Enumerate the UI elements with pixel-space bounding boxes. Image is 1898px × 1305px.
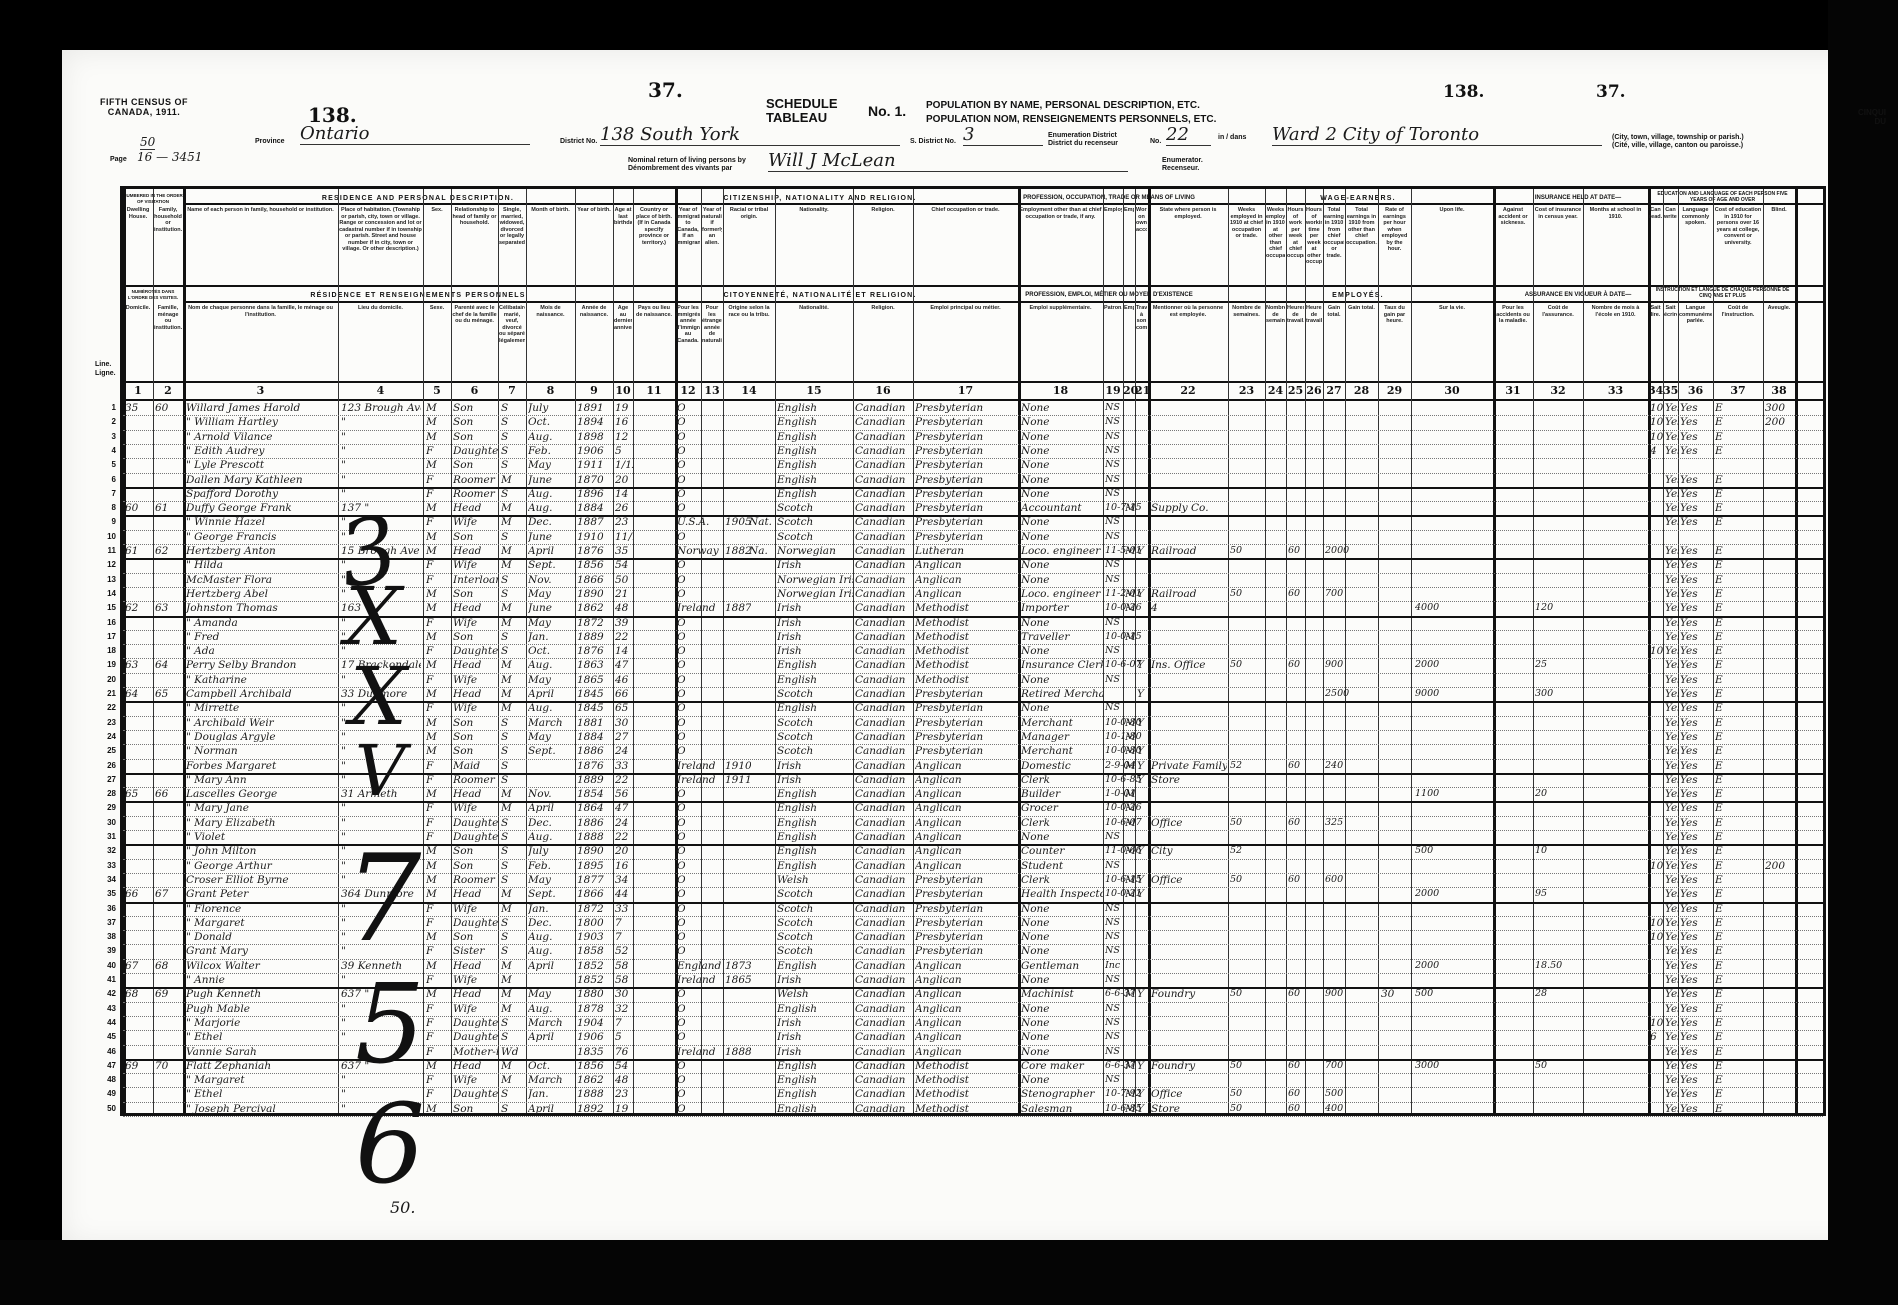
cell-c18: NS <box>1105 1003 1179 1015</box>
cell-occupation: None <box>1021 445 1103 457</box>
cell-rel: Son <box>453 931 498 943</box>
cell-rel: Daughter <box>453 831 498 843</box>
cell-age: 16 <box>615 860 633 872</box>
cell-name: " William Hartley <box>186 416 336 428</box>
cell-marital: S <box>501 445 525 457</box>
cell-religion: Methodist <box>915 631 1015 643</box>
cell-month: March <box>528 717 574 729</box>
cell-edu-cost: 200 <box>1765 860 1795 872</box>
cell-age: 23 <box>615 1088 633 1100</box>
cell-month: Aug. <box>528 659 574 671</box>
cell-month: Nov. <box>528 788 574 800</box>
cell-c20: Y <box>1137 888 1147 900</box>
census-row: " Arnold Vilance"MSonSAug.189812OEnglish… <box>123 430 1823 444</box>
cell-name: Flatt Zephaniah <box>186 1060 336 1072</box>
line-number: 15 <box>98 603 116 612</box>
cell-month: Jan. <box>528 903 574 915</box>
cell-religion: Methodist <box>915 1088 1015 1100</box>
cell-rel: Wife <box>453 1074 498 1086</box>
column-number: 11 <box>633 384 675 397</box>
cell-rel: Daughter <box>453 1017 498 1029</box>
cell-c20: Y <box>1137 545 1147 557</box>
cell-birthplace: O <box>677 931 725 943</box>
cell-religion: Anglican <box>915 588 1015 600</box>
column-header-en: Chief occupation or trade. <box>914 207 1017 283</box>
cell-occupation: None <box>1021 1003 1103 1015</box>
page-number-right-1: 138. <box>1443 82 1484 102</box>
cell-read: Yes <box>1665 688 1679 700</box>
cell-read: Yes <box>1665 574 1679 586</box>
cell-rel: Son <box>453 631 498 643</box>
cell-religion: Presbyterian <box>915 402 1015 414</box>
cell-hours: 60 <box>1288 545 1306 557</box>
cell-c20: Y <box>1137 774 1147 786</box>
cell-year: 1886 <box>577 745 613 757</box>
cell-nationality: Canadian <box>855 516 913 528</box>
cell-weeks: 52 <box>1230 845 1264 857</box>
cell-lang: E <box>1715 416 1761 428</box>
cell-write: Yes <box>1680 702 1710 714</box>
cell-earnings: 2500 <box>1325 688 1365 700</box>
column-header-fr: Heures de travail. <box>1306 305 1322 381</box>
column-number: 36 <box>1678 384 1713 397</box>
cell-lang: E <box>1715 874 1761 886</box>
schedule-description: POPULATION BY NAME, PERSONAL DESCRIPTION… <box>926 99 1216 127</box>
cell-age: 54 <box>615 1060 633 1072</box>
line-number: 27 <box>98 775 116 784</box>
cell-read: Yes <box>1665 860 1679 872</box>
cell-religion: Presbyterian <box>915 874 1015 886</box>
cell-origin: English <box>777 459 853 471</box>
cell-religion: Methodist <box>915 602 1015 614</box>
column-header-fr: Gain total. <box>1324 305 1344 381</box>
cell-occupation: Insurance Clerk <box>1021 659 1103 671</box>
cell-read: Yes <box>1665 402 1679 414</box>
cell-read: Yes <box>1665 845 1679 857</box>
cell-birthplace: O <box>677 802 725 814</box>
cell-nationality: Canadian <box>855 931 913 943</box>
cell-edu-cost: 200 <box>1765 416 1795 428</box>
column-header-fr: Travaillant à son compte. <box>1136 305 1147 381</box>
cell-name: Spafford Dorothy <box>186 488 336 500</box>
column-header-en: Year of naturalization, if formerly an a… <box>702 207 722 283</box>
cell-month: April <box>528 688 574 700</box>
cell-read: Yes <box>1665 631 1679 643</box>
cell-read: Yes <box>1665 1060 1679 1072</box>
cell-nationality: Canadian <box>855 1074 913 1086</box>
cell-rel: Sister <box>453 945 498 957</box>
cell-religion: Presbyterian <box>915 717 1015 729</box>
cell-lang: E <box>1715 1074 1761 1086</box>
line-number: 12 <box>98 560 116 569</box>
cell-occupation: None <box>1021 674 1103 686</box>
cell-rel: Wife <box>453 559 498 571</box>
cell-religion: Anglican <box>915 1031 1015 1043</box>
cell-origin: Irish <box>777 1017 853 1029</box>
cell-year: 1904 <box>577 1017 613 1029</box>
cell-birthplace: O <box>677 1074 725 1086</box>
cell-read: Yes <box>1665 831 1679 843</box>
column-number: 18 <box>1018 384 1103 397</box>
line-number: 1 <box>98 403 116 412</box>
cell-address: " <box>341 416 421 428</box>
cell-marital: S <box>501 531 525 543</box>
line-number: 16 <box>98 618 116 627</box>
cell-origin: Norwegian Irish <box>777 588 853 600</box>
column-number: 5 <box>423 384 451 397</box>
cell-employed-at: Private Family <box>1151 760 1227 772</box>
cell-immig: 1910 <box>725 760 751 772</box>
section-wage-en: WAGE-EARNERS. <box>1223 195 1493 202</box>
cell-year: 1866 <box>577 888 613 900</box>
cell-lang: E <box>1715 474 1761 486</box>
cell-c19: M <box>1125 1088 1135 1100</box>
cell-earnings: 325 <box>1325 817 1365 829</box>
cell-address: " <box>341 431 421 443</box>
cell-marital: S <box>501 945 525 957</box>
cell-year: 1887 <box>577 516 613 528</box>
cell-month: Aug. <box>528 488 574 500</box>
cell-month: Dec. <box>528 917 574 929</box>
cell-nationality: Canadian <box>855 774 913 786</box>
cell-rel: Son <box>453 531 498 543</box>
line-number: 50 <box>98 1104 116 1113</box>
column-header-fr: Pays ou lieu de naissance. <box>634 305 674 381</box>
cell-year: 1852 <box>577 960 613 972</box>
cell-school-months: 10 <box>1650 917 1664 929</box>
section-residence-fr: RÉSIDENCE ET RENSEIGNEMENTS PERSONNELS <box>183 292 653 299</box>
cell-marital: S <box>501 745 525 757</box>
column-header-en: Language commonly spoken. <box>1679 207 1712 283</box>
cell-c20: Y <box>1137 1088 1147 1100</box>
cell-lang: E <box>1715 1031 1761 1043</box>
cell-year: 1896 <box>577 488 613 500</box>
cell-c18: 10-1-80 <box>1105 731 1179 743</box>
cell-year: 1886 <box>577 817 613 829</box>
cell-origin: English <box>777 1003 853 1015</box>
column-number: 38 <box>1763 384 1795 397</box>
cell-religion: Methodist <box>915 645 1015 657</box>
cell-earnings: 2000 <box>1325 545 1365 557</box>
cell-write: Yes <box>1680 945 1710 957</box>
cell-write: Yes <box>1680 445 1710 457</box>
cell-origin: English <box>777 788 853 800</box>
cell-c19: M <box>1125 631 1135 643</box>
cell-occupation: Domestic <box>1021 760 1103 772</box>
cell-write: Yes <box>1680 931 1710 943</box>
cell-age: 30 <box>615 988 633 1000</box>
cell-lang: E <box>1715 731 1761 743</box>
cell-year: 1894 <box>577 416 613 428</box>
cell-origin: Irish <box>777 1046 853 1058</box>
cell-name: " Norman <box>186 745 336 757</box>
line-number: 39 <box>98 946 116 955</box>
cell-earnings: 400 <box>1325 1103 1365 1115</box>
cell-c20: Y <box>1137 688 1147 700</box>
cell-read: Yes <box>1665 945 1679 957</box>
cell-sex: M <box>426 731 450 743</box>
line-number: 3 <box>98 432 116 441</box>
cell-marital: M <box>501 1003 525 1015</box>
column-header-fr: Nationalité. <box>776 305 852 381</box>
cell-religion: Anglican <box>915 574 1015 586</box>
cell-origin: Welsh <box>777 988 853 1000</box>
cell-birthplace: O <box>677 574 725 586</box>
cell-earnings: 500 <box>1325 1088 1365 1100</box>
line-number: 33 <box>98 861 116 870</box>
column-header-fr: Origine selon la race ou la tribu. <box>724 305 774 381</box>
cell-write: Yes <box>1680 1103 1710 1115</box>
cell-religion: Presbyterian <box>915 474 1015 486</box>
cell-read: Yes <box>1665 917 1679 929</box>
cell-age: 1/12 <box>615 459 633 471</box>
cell-age: 33 <box>615 903 633 915</box>
line-number: 25 <box>98 746 116 755</box>
cell-year: 1872 <box>577 903 613 915</box>
cell-birthplace: O <box>677 860 725 872</box>
cell-birthplace: O <box>677 874 725 886</box>
column-header-en: Can read. <box>1649 207 1662 283</box>
cell-occupation: None <box>1021 574 1103 586</box>
cell-life-ins: 500 <box>1415 988 1491 1000</box>
cell-month: May <box>528 988 574 1000</box>
cell-year: 1872 <box>577 617 613 629</box>
cell-origin: English <box>777 474 853 486</box>
cell-age: 76 <box>615 1046 633 1058</box>
cell-sex: M <box>426 988 450 1000</box>
cell-read: Yes <box>1665 745 1679 757</box>
cell-month: Aug. <box>528 831 574 843</box>
cell-read: Yes <box>1665 702 1679 714</box>
line-number: 13 <box>98 575 116 584</box>
column-header-en: Can write. <box>1664 207 1677 283</box>
cell-employed-at: Supply Co. <box>1151 502 1227 514</box>
census-row: " Lyle Prescott"MSonSMay19111/12OEnglish… <box>123 458 1823 472</box>
cell-birthplace: O <box>677 917 725 929</box>
nominal-return-label: Nominal return of living persons by Déno… <box>628 157 746 173</box>
column-header-en: Blind. <box>1764 207 1794 283</box>
cell-address: " <box>341 459 421 471</box>
column-header-en: Employee. <box>1124 207 1134 283</box>
cell-year: 1906 <box>577 1031 613 1043</box>
cell-c18: NS <box>1105 917 1179 929</box>
cell-name: " Annie <box>186 974 336 986</box>
enum-no-value: 22 <box>1166 124 1211 146</box>
cell-write: Yes <box>1680 717 1710 729</box>
cell-lang: E <box>1715 1088 1761 1100</box>
cell-lang: E <box>1715 831 1761 843</box>
cell-sex: F <box>426 917 450 929</box>
column-number: 15 <box>775 384 853 397</box>
cell-birthplace: O <box>677 416 725 428</box>
cell-year: 1880 <box>577 988 613 1000</box>
cell-rel: Wife <box>453 674 498 686</box>
cell-age: 14 <box>615 645 633 657</box>
cell-origin: English <box>777 1088 853 1100</box>
column-header-fr: Employé. <box>1124 305 1134 381</box>
cell-ins-cost: 300 <box>1535 688 1581 700</box>
column-number: 32 <box>1533 384 1583 397</box>
cell-rel: Son <box>453 431 498 443</box>
cell-year: 1889 <box>577 774 613 786</box>
cell-sex: M <box>426 717 450 729</box>
cell-c18: NS <box>1105 459 1179 471</box>
column-number: 29 <box>1378 384 1411 397</box>
margin-mark-v: V <box>355 730 406 812</box>
cell-name: " Archibald Weir <box>186 717 336 729</box>
cell-write: Yes <box>1680 745 1710 757</box>
cell-year: 1863 <box>577 659 613 671</box>
cell-rel: Wife <box>453 702 498 714</box>
cell-write: Yes <box>1680 874 1710 886</box>
cell-family: 62 <box>155 545 181 557</box>
cell-sex: F <box>426 831 450 843</box>
cell-occupation: Manager <box>1021 731 1103 743</box>
cell-nationality: Canadian <box>855 431 913 443</box>
cell-origin: English <box>777 659 853 671</box>
cell-month: April <box>528 802 574 814</box>
cell-nationality: Canadian <box>855 416 913 428</box>
column-number: 17 <box>913 384 1018 397</box>
cell-age: 22 <box>615 631 633 643</box>
locality-value: Ward 2 City of Toronto <box>1272 124 1602 146</box>
cell-origin: English <box>777 860 853 872</box>
cell-nationality: Canadian <box>855 602 913 614</box>
cell-age: 16 <box>615 416 633 428</box>
cell-name: " Arnold Vilance <box>186 431 336 443</box>
cell-read: Yes <box>1665 602 1679 614</box>
cell-month: Feb. <box>528 445 574 457</box>
column-number: 4 <box>338 384 423 397</box>
cell-origin: Irish <box>777 559 853 571</box>
cell-year: 1864 <box>577 802 613 814</box>
cell-marital: S <box>501 416 525 428</box>
cell-c20: Y <box>1137 845 1147 857</box>
cell-c18: NS <box>1105 903 1179 915</box>
cell-write: Yes <box>1680 974 1710 986</box>
cell-read: Yes <box>1665 760 1679 772</box>
line-number: 34 <box>98 875 116 884</box>
cell-hours: 60 <box>1288 1088 1306 1100</box>
cell-write: Yes <box>1680 774 1710 786</box>
cell-occupation: None <box>1021 702 1103 714</box>
cell-ins-cost: 10 <box>1535 845 1581 857</box>
cell-occupation: Loco. engineer <box>1021 588 1103 600</box>
cell-religion: Methodist <box>915 1103 1015 1115</box>
column-header-fr: Nom de chaque personne dans la famille, … <box>184 305 337 381</box>
line-number: 46 <box>98 1047 116 1056</box>
column-header-fr: Taux du gain par heure. <box>1379 305 1410 381</box>
cell-natur: Nat. <box>749 516 775 528</box>
cell-age: 33 <box>615 760 633 772</box>
cell-marital: M <box>501 617 525 629</box>
cell-write: Yes <box>1680 788 1710 800</box>
cell-rel: Head <box>453 545 498 557</box>
line-number: 28 <box>98 789 116 798</box>
line-number: 42 <box>98 989 116 998</box>
cell-origin: Scotch <box>777 903 853 915</box>
column-number: 26 <box>1305 384 1323 397</box>
cell-name: " Winnie Hazel <box>186 516 336 528</box>
column-number: 10 <box>613 384 633 397</box>
cell-month: Aug. <box>528 502 574 514</box>
cell-occupation: Traveller <box>1021 631 1103 643</box>
cell-rel: Wife <box>453 516 498 528</box>
cell-rel: Son <box>453 845 498 857</box>
cell-dwelling: 64 <box>125 688 151 700</box>
cell-c19: M <box>1125 1103 1135 1115</box>
cell-religion: Presbyterian <box>915 688 1015 700</box>
cell-rel: Daughter <box>453 817 498 829</box>
cell-rel: Wife <box>453 617 498 629</box>
cell-occupation: None <box>1021 974 1103 986</box>
cell-age: 58 <box>615 974 633 986</box>
cell-read: Yes <box>1665 445 1679 457</box>
cell-nationality: Canadian <box>855 788 913 800</box>
line-number: 11 <box>98 546 116 555</box>
line-number: 38 <box>98 932 116 941</box>
cell-c18: NS <box>1105 1046 1179 1058</box>
column-header-en: Family, household or institution. <box>154 207 182 283</box>
cell-c18: 10-0-15 <box>1105 631 1179 643</box>
cell-age: 5 <box>615 445 633 457</box>
cell-name: " Ethel <box>186 1031 336 1043</box>
cell-rel: Daughter <box>453 917 498 929</box>
cell-origin: English <box>777 445 853 457</box>
cell-origin: English <box>777 831 853 843</box>
cell-read: Yes <box>1665 588 1679 600</box>
cell-read: Yes <box>1665 474 1679 486</box>
column-header-fr: Aveugle. <box>1764 305 1794 381</box>
cell-lang: E <box>1715 545 1761 557</box>
cell-nationality: Canadian <box>855 960 913 972</box>
cell-c19: M <box>1125 588 1135 600</box>
cell-address: 123 Brough Ave <box>341 402 421 414</box>
cell-life-ins: 3000 <box>1415 1060 1491 1072</box>
column-header-fr: Parenté avec le chef de la famille ou du… <box>452 305 497 381</box>
cell-write: Yes <box>1680 559 1710 571</box>
cell-lang: E <box>1715 488 1761 500</box>
cell-year: 1876 <box>577 545 613 557</box>
cell-name: " Mirrette <box>186 702 336 714</box>
cell-nationality: Canadian <box>855 617 913 629</box>
cell-sex: F <box>426 1017 450 1029</box>
cell-name: " John Milton <box>186 845 336 857</box>
cell-rel: Head <box>453 1060 498 1072</box>
cell-origin: English <box>777 416 853 428</box>
cell-age: 24 <box>615 817 633 829</box>
cell-sex: M <box>426 602 450 614</box>
cell-month: Jan. <box>528 1088 574 1100</box>
in-label: in / dans <box>1218 134 1246 141</box>
column-number: 35 <box>1663 384 1678 397</box>
cell-sex: M <box>426 745 450 757</box>
cell-marital: M <box>501 674 525 686</box>
cell-origin: Irish <box>777 774 853 786</box>
cell-marital: S <box>501 645 525 657</box>
cell-c18: 10-0-26 <box>1105 802 1179 814</box>
cell-write: Yes <box>1680 645 1710 657</box>
cell-year: 1845 <box>577 702 613 714</box>
cell-occupation: None <box>1021 1074 1103 1086</box>
cell-year: 1888 <box>577 831 613 843</box>
cell-name: " George Arthur <box>186 860 336 872</box>
cell-lang: E <box>1715 574 1761 586</box>
cell-c20: Y <box>1137 760 1147 772</box>
cell-marital: S <box>501 931 525 943</box>
cell-read: Yes <box>1665 416 1679 428</box>
schedule-label: SCHEDULE TABLEAU <box>766 97 838 125</box>
